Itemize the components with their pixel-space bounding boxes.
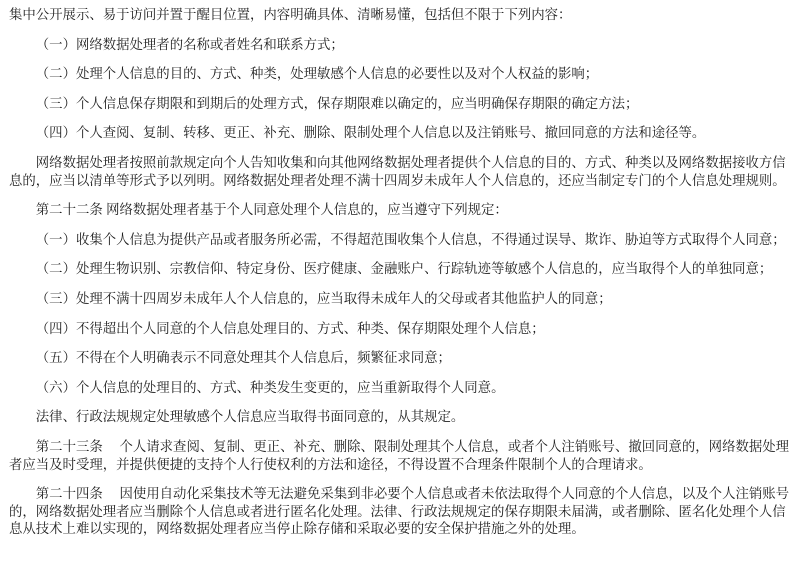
article-22-clause-1: （一）收集个人信息为提供产品或者服务所必需，不得超范围收集个人信息，不得通过误导… [9, 231, 791, 249]
article-22-clause-3: （三）处理不满十四周岁未成年人个人信息的，应当取得未成年人的父母或者其他监护人的… [9, 290, 791, 308]
article-22-clause-4: （四）不得超出个人同意的个人信息处理目的、方式、种类、保存期限处理个人信息； [9, 320, 791, 338]
clause-item-4: （四）个人查阅、复制、转移、更正、补充、删除、限制处理个人信息以及注销账号、撤回… [9, 124, 791, 142]
article-22-paragraph: 第二十二条 网络数据处理者基于个人同意处理个人信息的，应当遵守下列规定： [9, 201, 791, 219]
clause-item-2: （二）处理个人信息的目的、方式、种类，处理敏感个人信息的必要性以及对个人权益的影… [9, 65, 791, 83]
article-22-clause-2: （二）处理生物识别、宗教信仰、特定身份、医疗健康、金融账户、行踪轨迹等敏感个人信… [9, 260, 791, 278]
intro-continuation-text: 集中公开展示、易于访问并置于醒目位置，内容明确具体、清晰易懂，包括但不限于下列内… [9, 6, 791, 24]
article-23-paragraph: 第二十三条 个人请求查阅、复制、更正、补充、删除、限制处理其个人信息，或者个人注… [9, 438, 791, 473]
body-paragraph-written-consent: 法律、行政法规规定处理敏感个人信息应当取得书面同意的，从其规定。 [9, 408, 791, 426]
body-paragraph-notice-list: 网络数据处理者按照前款规定向个人告知收集和向其他网络数据处理者提供个人信息的目的… [9, 154, 791, 189]
article-24-paragraph: 第二十四条 因使用自动化采集技术等无法避免采集到非必要个人信息或者未依法取得个人… [9, 485, 791, 538]
article-22-clause-6: （六）个人信息的处理目的、方式、种类发生变更的，应当重新取得个人同意。 [9, 379, 791, 397]
clause-item-1: （一）网络数据处理者的名称或者姓名和联系方式； [9, 36, 791, 54]
article-22-clause-5: （五）不得在个人明确表示不同意处理其个人信息后，频繁征求同意； [9, 349, 791, 367]
document-page: 集中公开展示、易于访问并置于醒目位置，内容明确具体、清晰易懂，包括但不限于下列内… [0, 0, 800, 565]
clause-item-3: （三）个人信息保存期限和到期后的处理方式，保存期限难以确定的，应当明确保存期限的… [9, 95, 791, 113]
